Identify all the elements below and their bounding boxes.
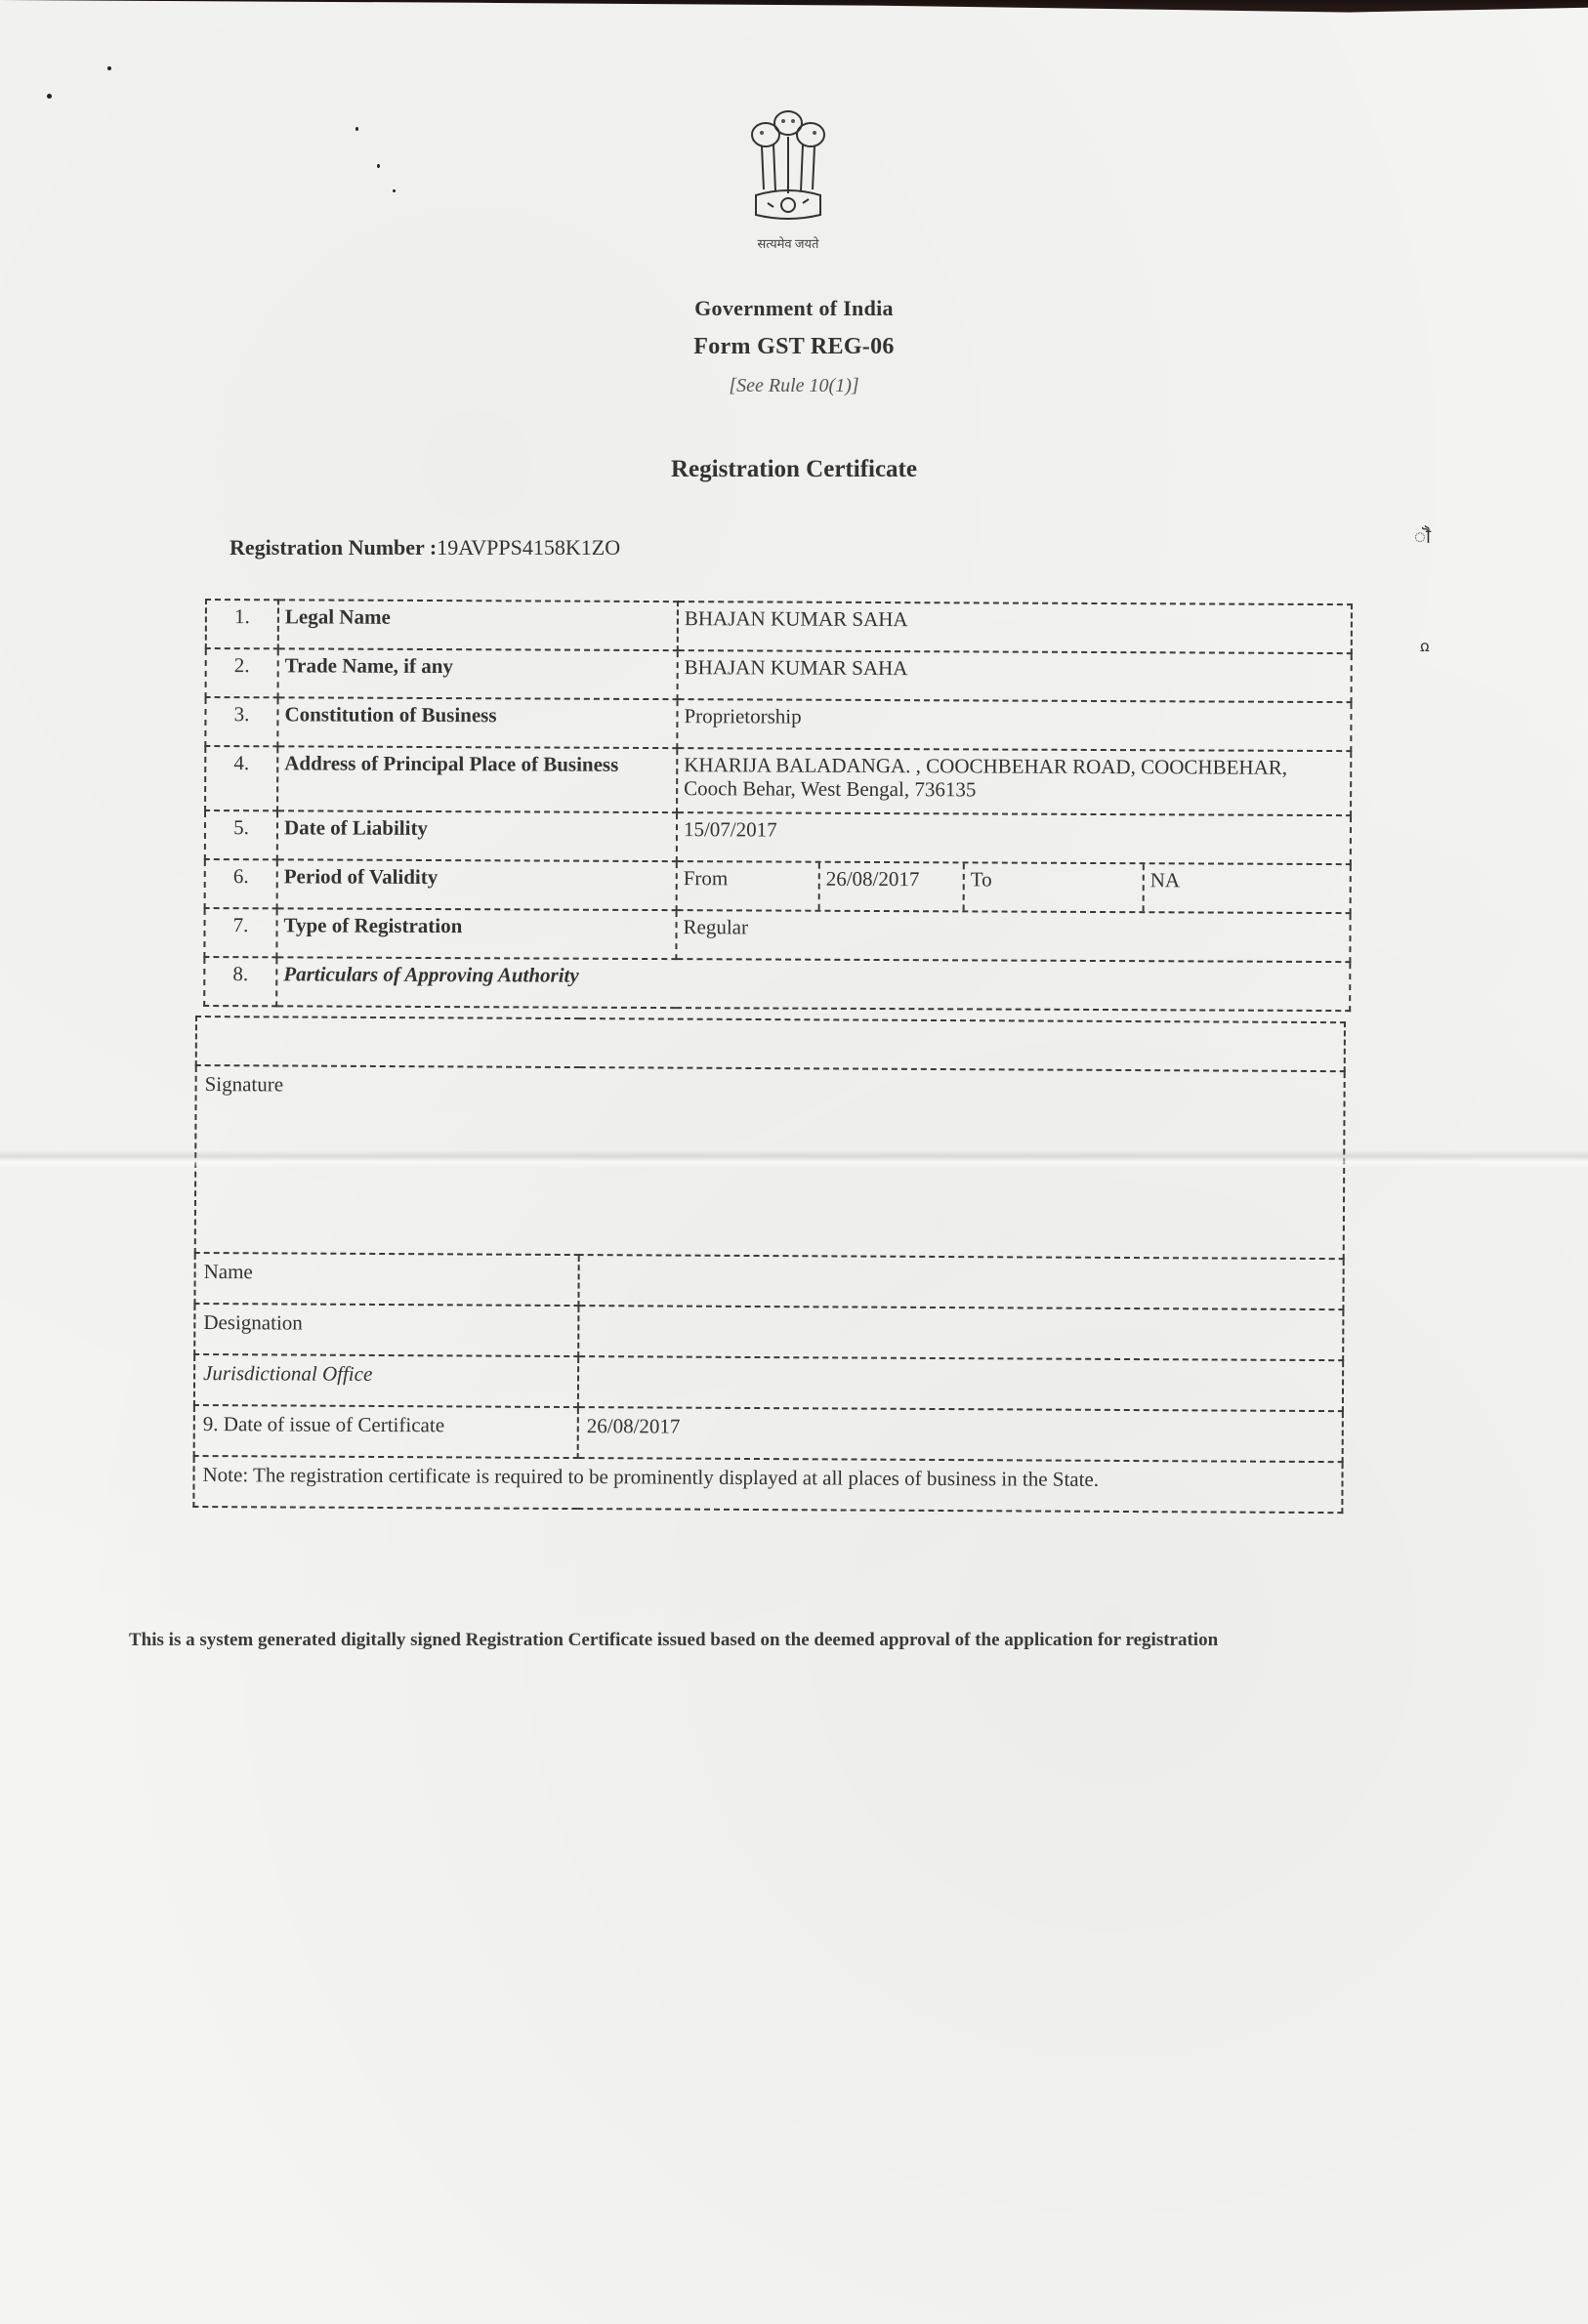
row-number: 2. xyxy=(206,648,278,697)
margin-handwriting-mark: ॏ xyxy=(1414,522,1431,549)
table-row: 1. Legal Name BHAJAN KUMAR SAHA xyxy=(206,600,1352,653)
table-row: 9. Date of issue of Certificate 26/08/20… xyxy=(194,1405,1343,1462)
signature-label: Signature xyxy=(205,1072,284,1096)
table-row xyxy=(196,1017,1345,1071)
approving-authority-table: Signature Name Designation Jurisdictiona… xyxy=(192,1016,1346,1514)
field-value-date-of-liability: 15/07/2017 xyxy=(677,812,1351,864)
display-note: Note: The registration certificate is re… xyxy=(193,1456,1342,1513)
table-row: Designation xyxy=(194,1304,1343,1360)
scan-speck xyxy=(107,66,111,70)
field-value-address: KHARIJA BALADANGA. , COOCHBEHAR ROAD, CO… xyxy=(677,748,1351,815)
validity-from-label: From xyxy=(678,862,820,910)
row-number: 4. xyxy=(205,746,277,810)
row-number: 3. xyxy=(205,697,277,746)
field-label-period-of-validity: Period of Validity xyxy=(277,859,677,910)
government-heading: Government of India xyxy=(0,296,1588,321)
field-label-address: Address of Principal Place of Business xyxy=(277,746,677,812)
scan-speck xyxy=(355,127,358,131)
field-value-legal-name: BHAJAN KUMAR SAHA xyxy=(678,602,1352,653)
table-row: Jurisdictional Office xyxy=(194,1354,1343,1411)
field-value-type-of-registration: Regular xyxy=(676,910,1350,962)
jurisdictional-office-value xyxy=(578,1356,1343,1411)
margin-handwriting-mark: ꭥ xyxy=(1420,635,1430,656)
document-page: ॏ ꭥ सत्यमेव जयते Government of India For… xyxy=(0,0,1588,2324)
table-row: 4. Address of Principal Place of Busines… xyxy=(205,746,1351,815)
validity-from-date: 26/08/2017 xyxy=(820,863,965,911)
table-row: 5. Date of Liability 15/07/2017 xyxy=(205,810,1351,864)
table-row: 7. Type of Registration Regular xyxy=(204,908,1350,962)
name-label: Name xyxy=(194,1253,578,1306)
jurisdictional-office-label: Jurisdictional Office xyxy=(194,1354,578,1407)
blank-row xyxy=(196,1017,1345,1071)
certificate-title: Registration Certificate xyxy=(0,456,1588,483)
row-number: 1. xyxy=(206,600,278,648)
validity-to-label: To xyxy=(965,863,1145,911)
registration-number-value: 19AVPPS4158K1ZO xyxy=(437,535,620,560)
field-label-constitution: Constitution of Business xyxy=(277,697,677,748)
table-row: 3. Constitution of Business Proprietorsh… xyxy=(205,697,1351,751)
field-value-period-of-validity: From 26/08/2017 To NA xyxy=(677,861,1351,913)
scan-edge-shadow xyxy=(0,0,1588,14)
form-name: Form GST REG-06 xyxy=(0,334,1588,360)
scan-speck xyxy=(47,94,52,99)
field-label-type-of-registration: Type of Registration xyxy=(276,908,676,959)
issue-date-label: 9. Date of issue of Certificate xyxy=(194,1405,578,1458)
issue-date-value: 26/08/2017 xyxy=(578,1407,1343,1462)
national-emblem-icon xyxy=(744,102,832,228)
emblem-caption: सत्यमेव जयते xyxy=(734,234,842,252)
table-row: Name xyxy=(194,1253,1343,1309)
row-number: 8. xyxy=(204,957,276,1006)
scan-speck xyxy=(377,164,380,168)
validity-to-date: NA xyxy=(1145,864,1187,911)
field-label-date-of-liability: Date of Liability xyxy=(277,810,677,861)
registration-number-label: Registration Number : xyxy=(230,535,437,560)
designation-value xyxy=(578,1306,1343,1360)
particulars-table: 1. Legal Name BHAJAN KUMAR SAHA 2. Trade… xyxy=(203,599,1353,1012)
table-row: Note: The registration certificate is re… xyxy=(193,1456,1342,1513)
row-number: 5. xyxy=(205,810,277,859)
table-row: 8. Particulars of Approving Authority xyxy=(204,957,1350,1011)
field-value-trade-name: BHAJAN KUMAR SAHA xyxy=(678,650,1352,702)
name-value xyxy=(578,1255,1343,1309)
paper-fold-line xyxy=(0,1150,1588,1168)
designation-label: Designation xyxy=(194,1304,578,1356)
table-row: 2. Trade Name, if any BHAJAN KUMAR SAHA xyxy=(206,648,1352,702)
registration-number: Registration Number :19AVPPS4158K1ZO xyxy=(230,535,620,560)
system-generated-note: This is a system generated digitally sig… xyxy=(129,1625,1330,1656)
row-number: 7. xyxy=(204,908,276,957)
field-label-legal-name: Legal Name xyxy=(278,600,678,650)
row-number: 6. xyxy=(205,859,277,908)
field-value-constitution: Proprietorship xyxy=(677,699,1351,751)
rule-reference: [See Rule 10(1)] xyxy=(0,375,1588,397)
table-row: 6. Period of Validity From 26/08/2017 To… xyxy=(205,859,1351,913)
field-label-trade-name: Trade Name, if any xyxy=(278,648,678,699)
field-label-approving-authority: Particulars of Approving Authority xyxy=(276,957,1350,1011)
scan-speck xyxy=(393,189,396,192)
